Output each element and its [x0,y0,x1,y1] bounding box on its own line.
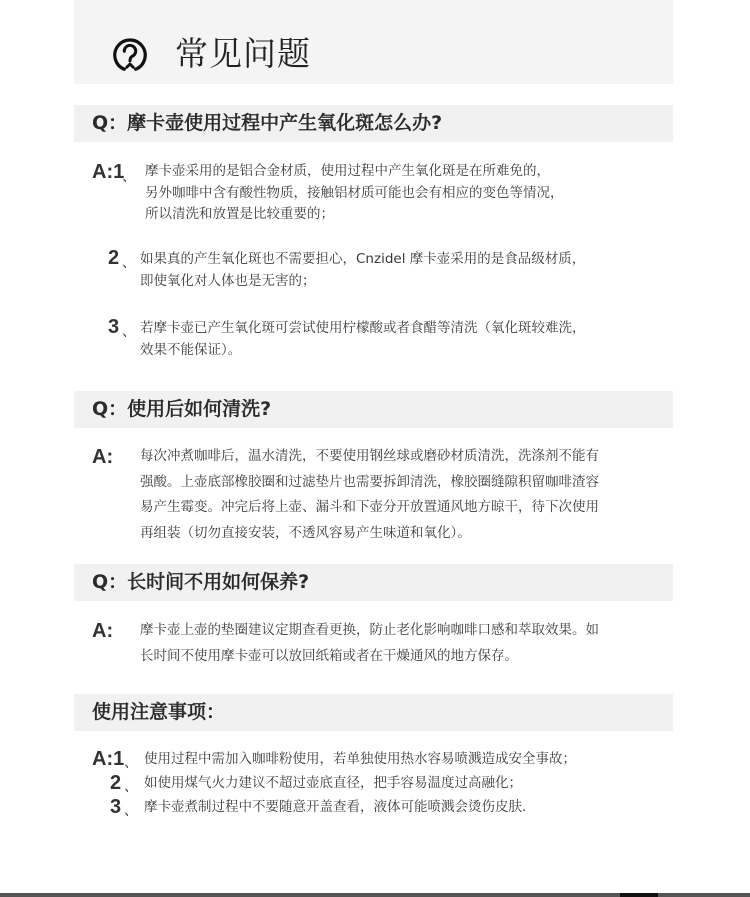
answer-line: 所以清洗和放置是比较重要的； [145,204,564,226]
question-bar-cleaning: Q：使用后如何清洗? [74,391,673,428]
answer-line: 再组装（切勿直接安装，不透风容易产生味道和氧化）。 [140,521,599,547]
question-circle-icon [111,36,149,74]
faq-header: 常见问题 [74,0,673,84]
answer-label: 2 [108,247,119,270]
answer-text: 每次冲煮咖啡后，温水清洗，不要使用钢丝球或磨砂材质清洗，洗涤剂不能有 强酸。上壶… [140,444,599,546]
question-bar-storage: Q：长时间不用如何保养? [74,564,673,601]
answer-line: 摩卡壶上壶的垫圈建议定期查看更换，防止老化影响咖啡口感和萃取效果。如 [140,618,599,644]
answer-label: A:1 [92,161,124,184]
answer-line: 即使氧化对人体也是无害的； [140,271,585,293]
separator: 、 [122,321,136,341]
question-text: Q：使用后如何清洗? [92,391,271,428]
note-text: 如使用煤气火力建议不超过壶底直径，把手容易温度过高融化； [144,773,522,795]
answer-text: 若摩卡壶已产生氧化斑可尝试使用柠檬酸或者食醋等清洗（氧化斑较难洗， 效果不能保证… [140,318,586,361]
answer-line: 强酸。上壶底部橡胶圈和过滤垫片也需要拆卸清洗，橡胶圈缝隙积留咖啡渣容 [140,470,599,496]
answer-line: 若摩卡壶已产生氧化斑可尝试使用柠檬酸或者食醋等清洗（氧化斑较难洗， [140,318,586,340]
notes-title: 使用注意事项： [92,694,225,731]
question-text: Q：摩卡壶使用过程中产生氧化斑怎么办? [92,105,442,142]
separator: 、 [122,166,136,186]
note-label: 2 [110,772,121,795]
bottom-divider [0,893,750,897]
answer-label: A: [92,620,113,643]
answer-line: 效果不能保证）。 [140,340,586,362]
note-text: 使用过程中需加入咖啡粉使用，若单独使用热水容易喷溅造成安全事故； [144,749,576,771]
separator: 、 [124,776,138,796]
bottom-divider-segment [620,893,658,897]
note-text: 摩卡壶煮制过程中不要随意开盖查看，液体可能喷溅会烫伤皮肤. [144,797,526,819]
notes-bar: 使用注意事项： [74,694,673,731]
answer-label: A: [92,446,113,469]
question-bar-oxidation: Q：摩卡壶使用过程中产生氧化斑怎么办? [74,105,673,142]
question-text: Q：长时间不用如何保养? [92,564,309,601]
answer-line: 易产生霉变。冲完后将上壶、漏斗和下壶分开放置通风地方晾干，待下次使用 [140,495,599,521]
answer-line: 另外咖啡中含有酸性物质，接触铝材质可能也会有相应的变色等情况， [145,183,564,205]
separator: 、 [124,752,138,772]
note-label: A:1 [92,748,124,771]
page-title: 常见问题 [175,33,311,75]
answer-label: 3 [108,316,119,339]
separator: 、 [122,252,136,272]
note-label: 3 [110,796,121,819]
answer-text: 摩卡壶采用的是铝合金材质，使用过程中产生氧化斑是在所难免的， 另外咖啡中含有酸性… [145,161,564,226]
answer-line: 每次冲煮咖啡后，温水清洗，不要使用钢丝球或磨砂材质清洗，洗涤剂不能有 [140,444,599,470]
separator: 、 [124,800,138,820]
answer-line: 摩卡壶采用的是铝合金材质，使用过程中产生氧化斑是在所难免的， [145,161,564,183]
answer-line: 如果真的产生氧化斑也不需要担心，Cnzidel 摩卡壶采用的是食品级材质， [140,249,585,271]
answer-text: 摩卡壶上壶的垫圈建议定期查看更换，防止老化影响咖啡口感和萃取效果。如 长时间不使… [140,618,599,669]
answer-text: 如果真的产生氧化斑也不需要担心，Cnzidel 摩卡壶采用的是食品级材质， 即使… [140,249,585,292]
answer-line: 长时间不使用摩卡壶可以放回纸箱或者在干燥通风的地方保存。 [140,644,599,670]
